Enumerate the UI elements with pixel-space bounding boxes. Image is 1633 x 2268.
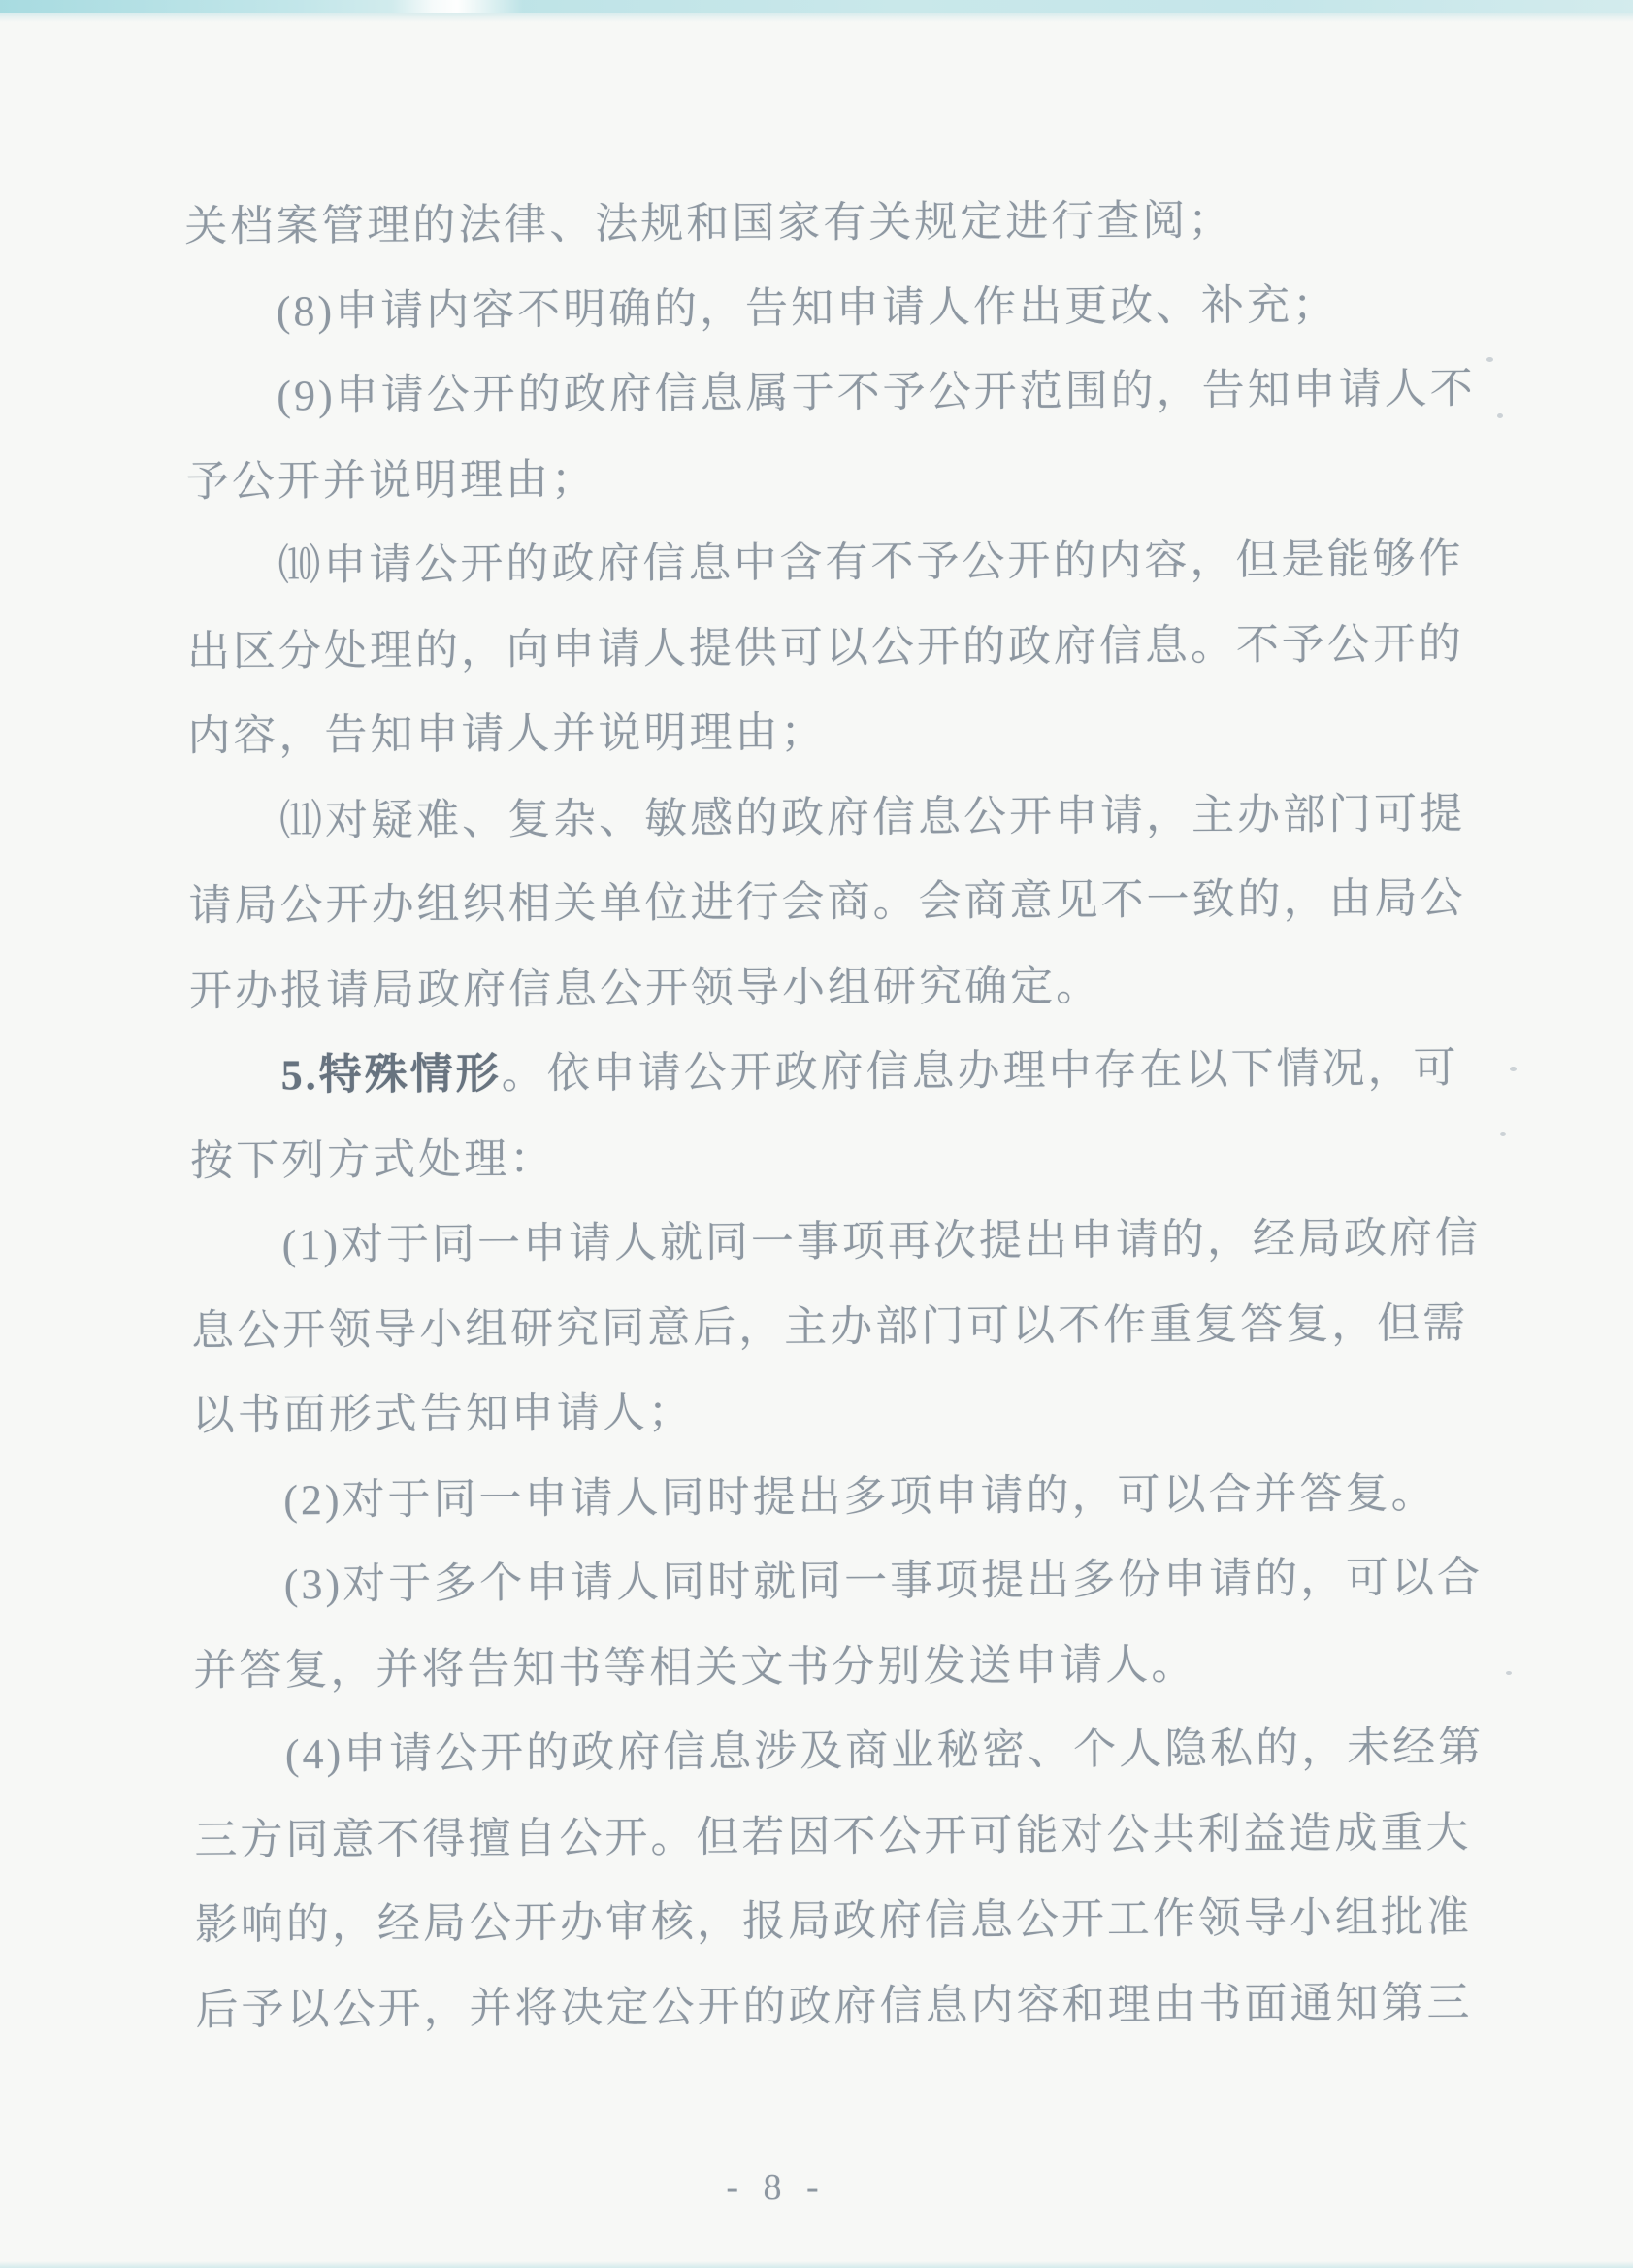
- text-segment: ⑾对疑难、复杂、敏感的政府信息公开申请，主办部门可提: [279, 789, 1465, 843]
- text-segment: 关档案管理的法律、法规和国家有关规定进行查阅；: [184, 196, 1233, 250]
- text-line: 三方同意不得擅自公开。但若因不公开可能对公共利益造成重大: [194, 1790, 1486, 1883]
- text-line: (2)对于同一申请人同时提出多项申请的，可以合并答复。: [192, 1450, 1484, 1543]
- text-line: 并答复，并将告知书等相关文书分别发送申请人。: [193, 1620, 1485, 1713]
- text-line: 请局公开办组织相关单位进行会商。会商意见不一致的，由局公: [188, 856, 1480, 949]
- text-segment: 息公开领导小组研究同意后，主办部门可以不作重复答复，但需: [191, 1298, 1468, 1354]
- text-segment: 开办报请局政府信息公开领导小组研究确定。: [189, 962, 1101, 1015]
- text-line: 息公开领导小组研究同意后，主办部门可以不作重复答复，但需: [191, 1280, 1483, 1373]
- text-segment: 予公开并说明理由；: [186, 455, 597, 506]
- text-segment: 出区分处理的，向申请人提供可以公开的政府信息。不予公开的: [187, 619, 1464, 674]
- scanner-tint-fade: [0, 13, 1633, 22]
- scan-speck: [1486, 357, 1493, 362]
- scan-speck: [1497, 413, 1503, 418]
- text-line: 内容，告知申请人并说明理由；: [187, 686, 1479, 779]
- text-segment: 后予以公开，并将决定公开的政府信息内容和理由书面通知第三: [195, 1978, 1472, 2033]
- text-line: ⑽申请公开的政府信息中含有不予公开的内容，但是能够作: [186, 516, 1478, 609]
- text-segment: 以书面形式告知申请人；: [192, 1389, 694, 1439]
- text-line: 出区分处理的，向申请人提供可以公开的政府信息。不予公开的: [187, 601, 1479, 694]
- page-number: - 8 -: [726, 2167, 826, 2208]
- text-segment: 内容，告知申请人并说明理由；: [187, 708, 826, 760]
- scanner-tint-strip-bottom: [0, 2261, 1633, 2268]
- text-line: (1)对于同一申请人就同一事项再次提出申请的，经局政府信: [190, 1196, 1482, 1289]
- document-text: 关档案管理的法律、法规和国家有关规定进行查阅；(8)申请内容不明确的，告知申请人…: [184, 177, 1486, 2053]
- text-segment: (4)申请公开的政府信息涉及商业秘密、个人隐私的，未经第: [285, 1724, 1485, 1779]
- text-segment: ⑽申请公开的政府信息中含有不予公开的内容，但是能够作: [278, 535, 1463, 589]
- scanner-tint-strip-top: [0, 0, 1633, 13]
- text-line: 后予以公开，并将决定公开的政府信息内容和理由书面通知第三: [195, 1959, 1486, 2053]
- text-segment: (2)对于同一申请人同时提出多项申请的，可以合并答复。: [283, 1469, 1437, 1524]
- text-segment: (8)申请内容不明确的，告知申请人作出更改、补充；: [277, 280, 1339, 335]
- text-line: (3)对于多个申请人同时就同一事项提出多份申请的，可以合: [193, 1535, 1485, 1628]
- text-line: 关档案管理的法律、法规和国家有关规定进行查阅；: [184, 177, 1476, 270]
- page-footer: - 8 -: [0, 2166, 1552, 2209]
- text-line: (9)申请公开的政府信息属于不予公开范围的，告知申请人不: [185, 346, 1477, 440]
- text-line: 影响的，经局公开办审核，报局政府信息公开工作领导小组批准: [195, 1875, 1486, 1968]
- scan-speck: [1500, 1132, 1506, 1136]
- text-segment: (1)对于同一申请人就同一事项再次提出申请的，经局政府信: [282, 1214, 1482, 1269]
- text-line: ⑾对疑难、复杂、敏感的政府信息公开申请，主办部门可提: [188, 771, 1480, 864]
- scan-speck: [1506, 1671, 1512, 1675]
- text-segment: 并答复，并将告知书等相关文书分别发送申请人。: [193, 1640, 1196, 1693]
- text-line: 予公开并说明理由；: [186, 431, 1478, 524]
- bold-text-segment: 5.特殊情形: [280, 1050, 501, 1099]
- text-segment: 影响的，经局公开办审核，报局政府信息公开工作领导小组批准: [195, 1893, 1472, 1949]
- text-line: (4)申请公开的政府信息涉及商业秘密、个人隐私的，未经第: [194, 1705, 1486, 1798]
- text-segment: (9)申请公开的政府信息属于不予公开范围的，告知申请人不: [277, 365, 1476, 420]
- text-line: 按下列方式处理：: [190, 1110, 1482, 1203]
- text-line: 开办报请局政府信息公开领导小组研究确定。: [189, 940, 1481, 1034]
- text-segment: 三方同意不得擅自公开。但若因不公开可能对公共利益造成重大: [194, 1808, 1471, 1863]
- text-segment: 。依申请公开政府信息办理中存在以下情况，可: [501, 1044, 1458, 1098]
- text-line: 以书面形式告知申请人；: [191, 1365, 1483, 1459]
- document-page: 关档案管理的法律、法规和国家有关规定进行查阅；(8)申请内容不明确的，告知申请人…: [0, 0, 1633, 2268]
- scan-speck: [1510, 1067, 1517, 1071]
- text-segment: 按下列方式处理：: [190, 1134, 555, 1184]
- text-segment: 请局公开办组织相关单位进行会商。会商意见不一致的，由局公: [188, 874, 1465, 930]
- text-line: 5.特殊情形。依申请公开政府信息办理中存在以下情况，可: [189, 1026, 1481, 1119]
- text-segment: (3)对于多个申请人同时就同一事项提出多份申请的，可以合: [284, 1554, 1484, 1609]
- text-line: (8)申请内容不明确的，告知申请人作出更改、补充；: [185, 261, 1477, 354]
